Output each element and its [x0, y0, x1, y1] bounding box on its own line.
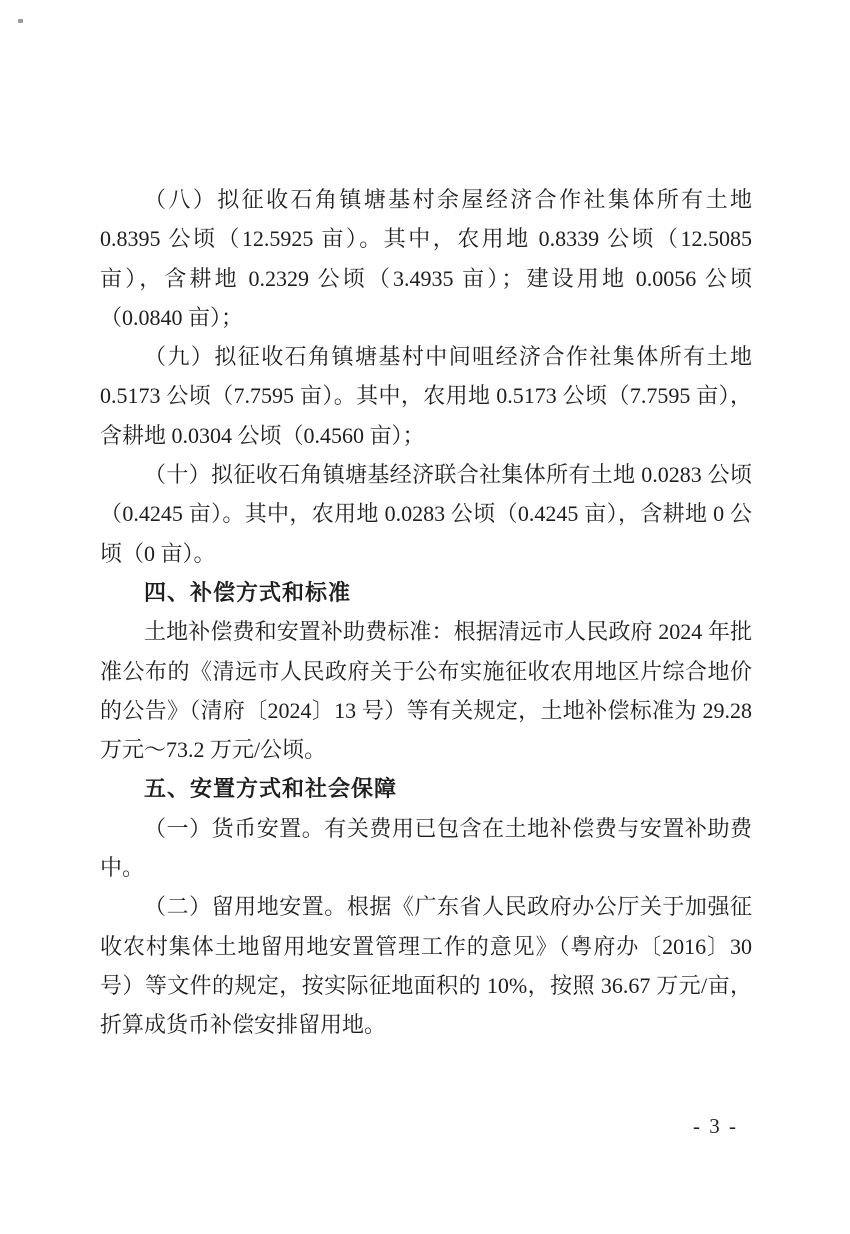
page-number: - 3 -	[693, 1114, 738, 1139]
paragraph-monetary-resettlement: （一）货币安置。有关费用已包含在土地补偿费与安置补助费中。	[100, 809, 752, 888]
paragraph-reserved-land-resettlement: （二）留用地安置。根据《广东省人民政府办公厅关于加强征收农村集体土地留用地安置管…	[100, 887, 752, 1044]
paragraph-compensation-standard: 土地补偿费和安置补助费标准：根据清远市人民政府 2024 年批准公布的《清远市人…	[100, 612, 752, 769]
document-body: （八）拟征收石角镇塘基村余屋经济合作社集体所有土地 0.8395 公顷（12.5…	[100, 180, 752, 1045]
section-heading-compensation: 四、补偿方式和标准	[100, 573, 752, 612]
paragraph-clause-10: （十）拟征收石角镇塘基经济联合社集体所有土地 0.0283 公顷（0.4245 …	[100, 455, 752, 573]
document-page: （八）拟征收石角镇塘基村余屋经济合作社集体所有土地 0.8395 公顷（12.5…	[0, 0, 850, 1234]
section-heading-resettlement: 五、安置方式和社会保障	[100, 769, 752, 808]
paragraph-clause-8: （八）拟征收石角镇塘基村余屋经济合作社集体所有土地 0.8395 公顷（12.5…	[100, 180, 752, 337]
paragraph-clause-9: （九）拟征收石角镇塘基村中间咀经济合作社集体所有土地 0.5173 公顷（7.7…	[100, 337, 752, 455]
scan-artifact	[18, 19, 23, 23]
